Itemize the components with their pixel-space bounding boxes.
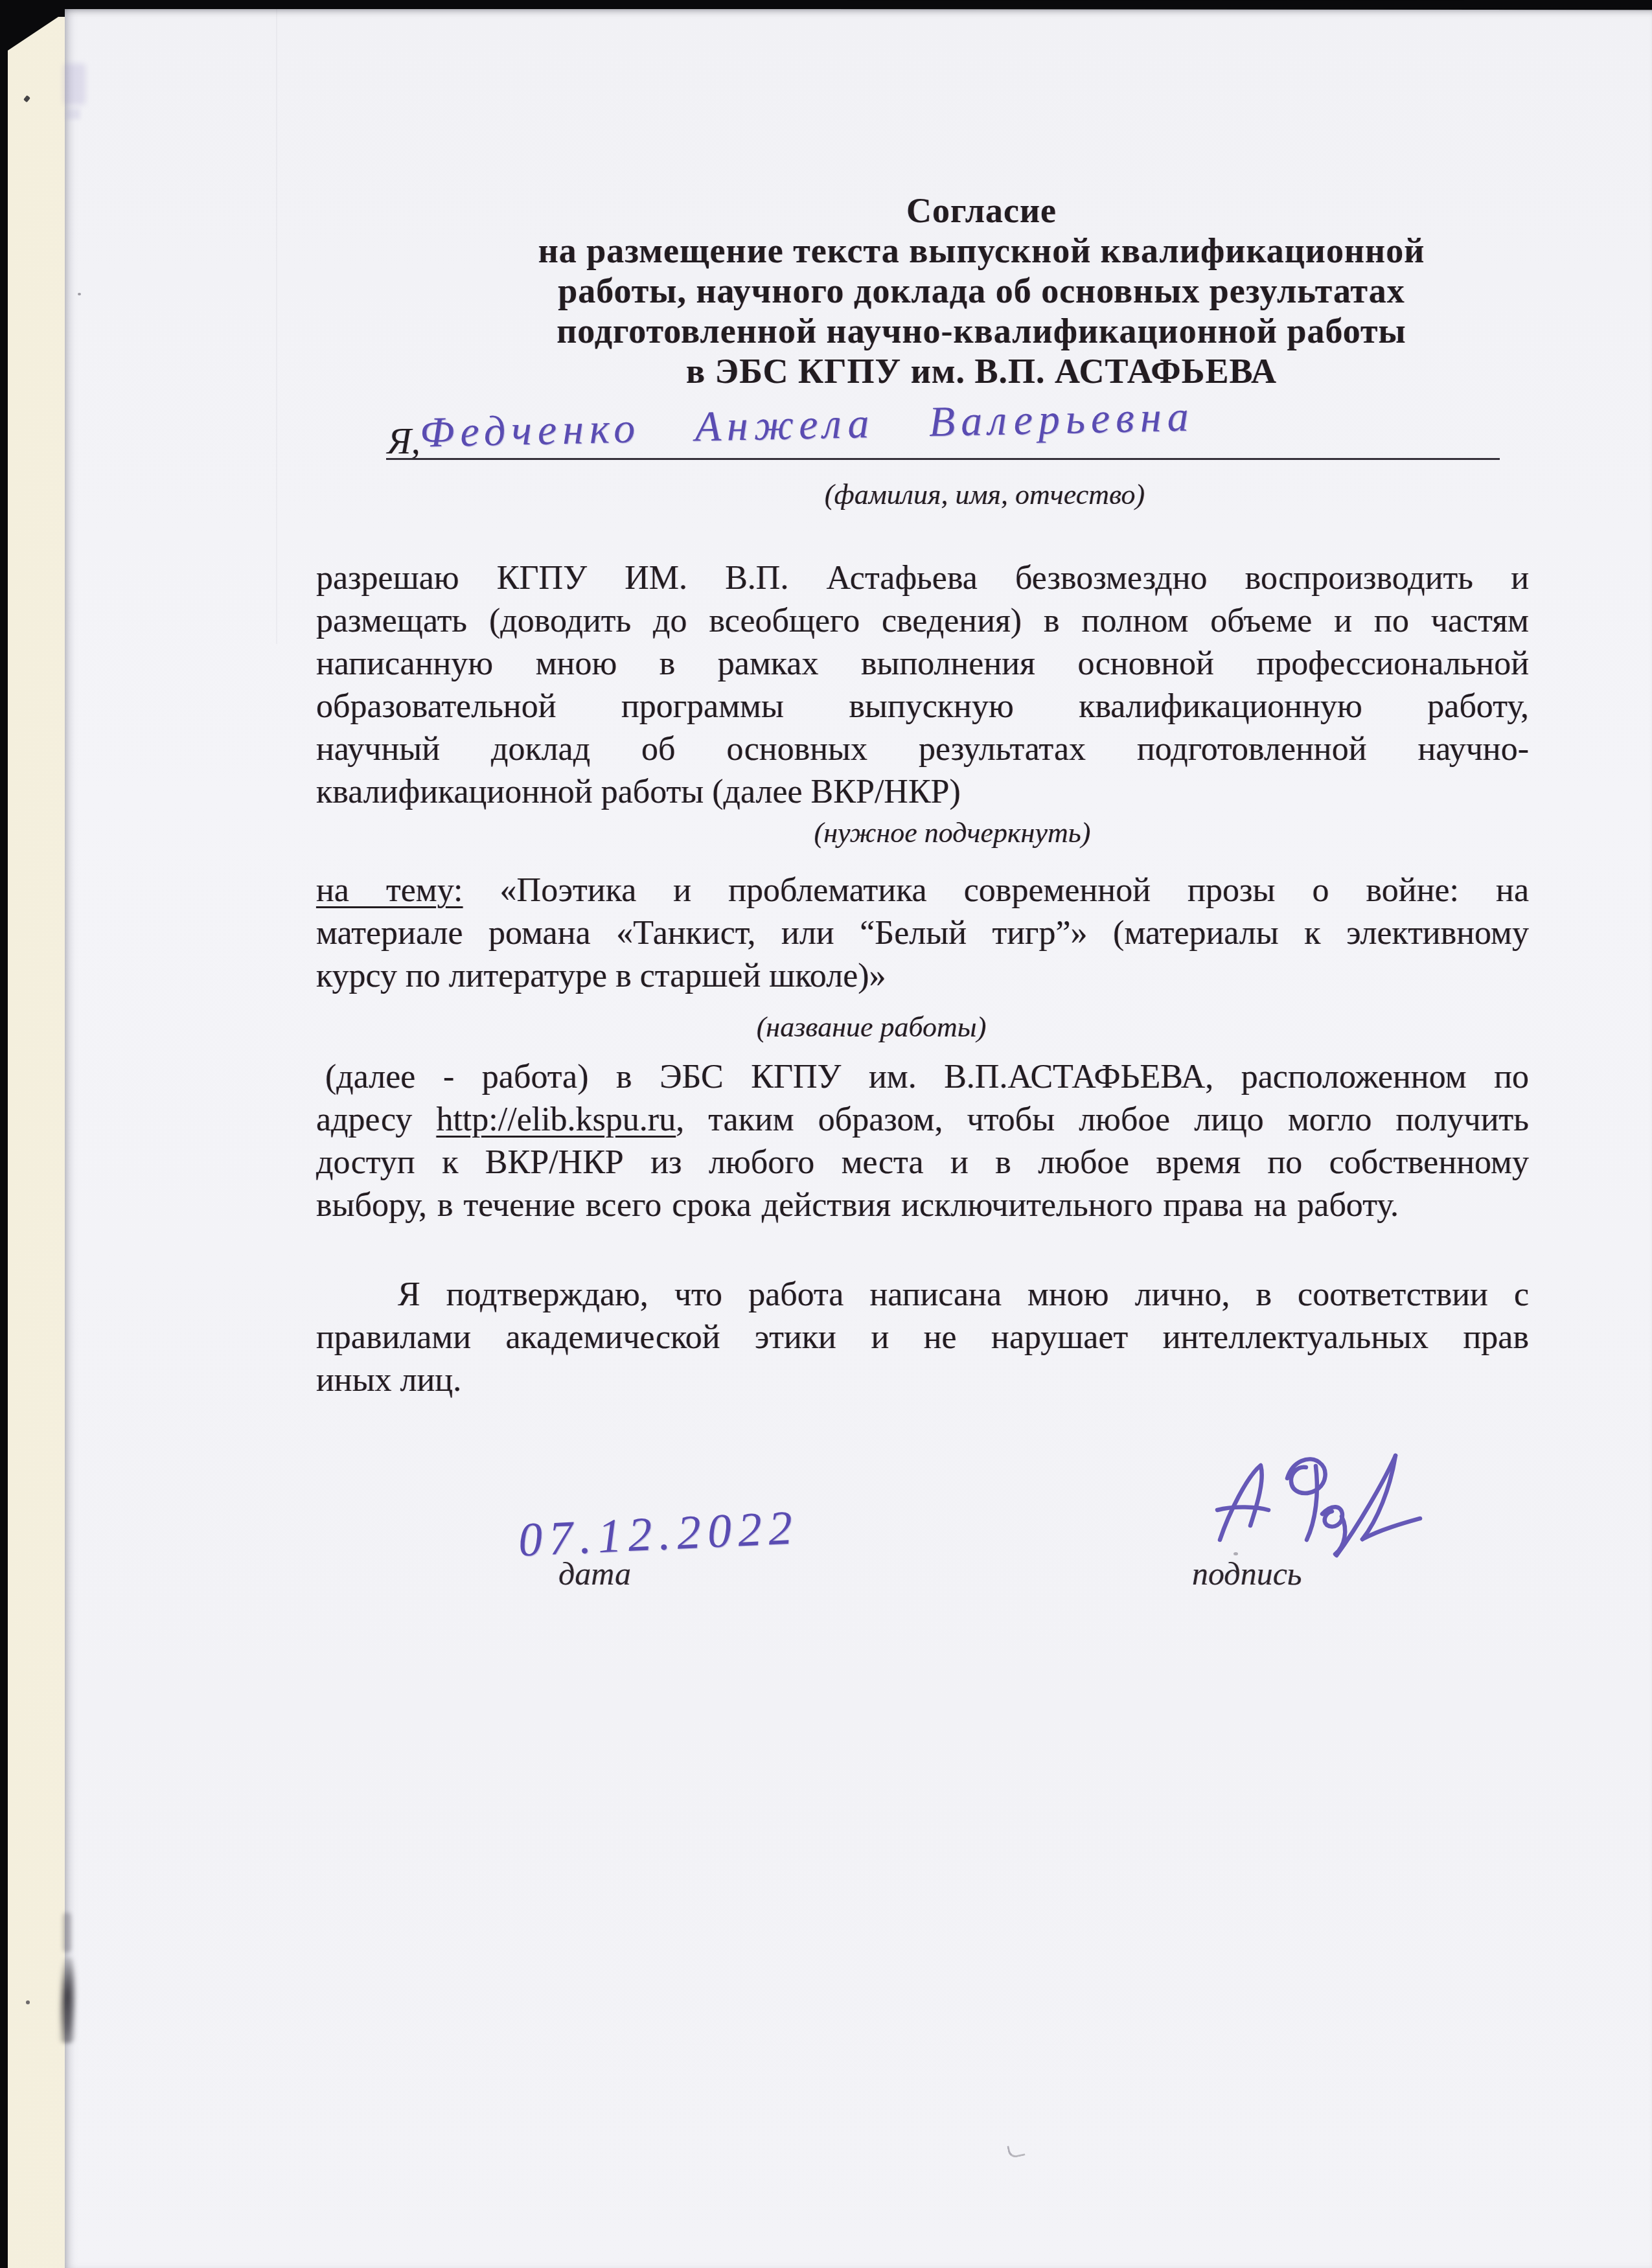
declarant-prefix: Я,: [387, 421, 420, 463]
dust-speck: [26, 2000, 30, 2004]
paragraph-line: образовательной программы выпускную квал…: [316, 685, 1529, 728]
signature-scribble: [1195, 1448, 1428, 1568]
document-title: Согласие на размещение текста выпускной …: [376, 190, 1587, 391]
paragraph-line: Я подтверждаю, что работа написана мною …: [316, 1274, 1529, 1316]
name-underline: [386, 458, 1500, 460]
paragraph-line: размещать (доводить до всеобщего сведени…: [316, 600, 1529, 643]
paragraph-line: адресу http://elib.kspu.ru, таким образо…: [316, 1099, 1529, 1141]
paragraph-line: написанную мною в рамках выполнения осно…: [316, 643, 1529, 685]
underline-note-caption: (нужное подчеркнуть): [674, 816, 1231, 849]
topic-text: «Поэтика и проблематика современной проз…: [500, 872, 1529, 909]
paragraph-line: иных лиц.: [316, 1359, 1529, 1402]
paragraph-line: (далее - работа) в ЭБС КГПУ им. В.П.АСТА…: [316, 1056, 1529, 1099]
title-line-1: Согласие: [376, 190, 1587, 231]
signature-label: подпись: [1192, 1555, 1302, 1592]
elib-url: http://elib.kspu.ru: [436, 1101, 676, 1138]
paragraph-line: курсу по литературе в старшей школе)»: [316, 955, 1529, 998]
permission-paragraph: разрешаю КГПУ ИМ. В.П. Астафьева безвозм…: [316, 557, 1529, 814]
ink-bleedthrough: [63, 63, 86, 105]
topic-lead: на тему:: [316, 872, 463, 909]
paragraph-line: разрешаю КГПУ ИМ. В.П. Астафьева безвозм…: [316, 557, 1529, 600]
topic-paragraph: на тему: «Поэтика и проблематика совреме…: [316, 869, 1529, 998]
dust-speck: [78, 293, 81, 295]
work-title-caption: (название работы): [593, 1011, 1150, 1044]
paragraph-line: выбору, в течение всего срока действия и…: [316, 1184, 1529, 1227]
dust-speck: [1233, 1552, 1238, 1555]
url-prefix: адресу: [316, 1101, 412, 1138]
paragraph-line: квалификационной работы (далее ВКР/НКР): [316, 771, 1529, 814]
title-line-5: в ЭБС КГПУ им. В.П. АСТАФЬЕВА: [376, 351, 1587, 391]
placement-paragraph: (далее - работа) в ЭБС КГПУ им. В.П.АСТА…: [316, 1056, 1529, 1227]
scan-smudge-small: [63, 1912, 71, 1953]
title-line-2: на размещение текста выпускной квалифика…: [376, 231, 1587, 271]
scanner-edge-top: [0, 0, 1652, 10]
paragraph-line: материале романа «Танкист, или “Белый ти…: [316, 912, 1529, 955]
paragraph-line: на тему: «Поэтика и проблематика совреме…: [316, 869, 1529, 912]
title-line-4: подготовленной научно-квалификационной р…: [376, 311, 1587, 351]
scan-streak: [276, 9, 277, 644]
paragraph-line: доступ к ВКР/НКР из любого места и в люб…: [316, 1141, 1529, 1184]
ink-bleedthrough: [66, 109, 80, 119]
fio-caption: (фамилия, имя, отчество): [706, 478, 1263, 511]
ethics-paragraph: Я подтверждаю, что работа написана мною …: [316, 1274, 1529, 1402]
scan-smudge: [58, 1958, 78, 2044]
paragraph-line: правилами академической этики и не наруш…: [316, 1316, 1529, 1359]
date-label: дата: [558, 1555, 631, 1592]
paragraph-line: научный доклад об основных результатах п…: [316, 728, 1529, 771]
url-suffix: , таким образом, чтобы любое лицо могло …: [676, 1101, 1529, 1138]
title-line-3: работы, научного доклада об основных рез…: [376, 271, 1587, 311]
